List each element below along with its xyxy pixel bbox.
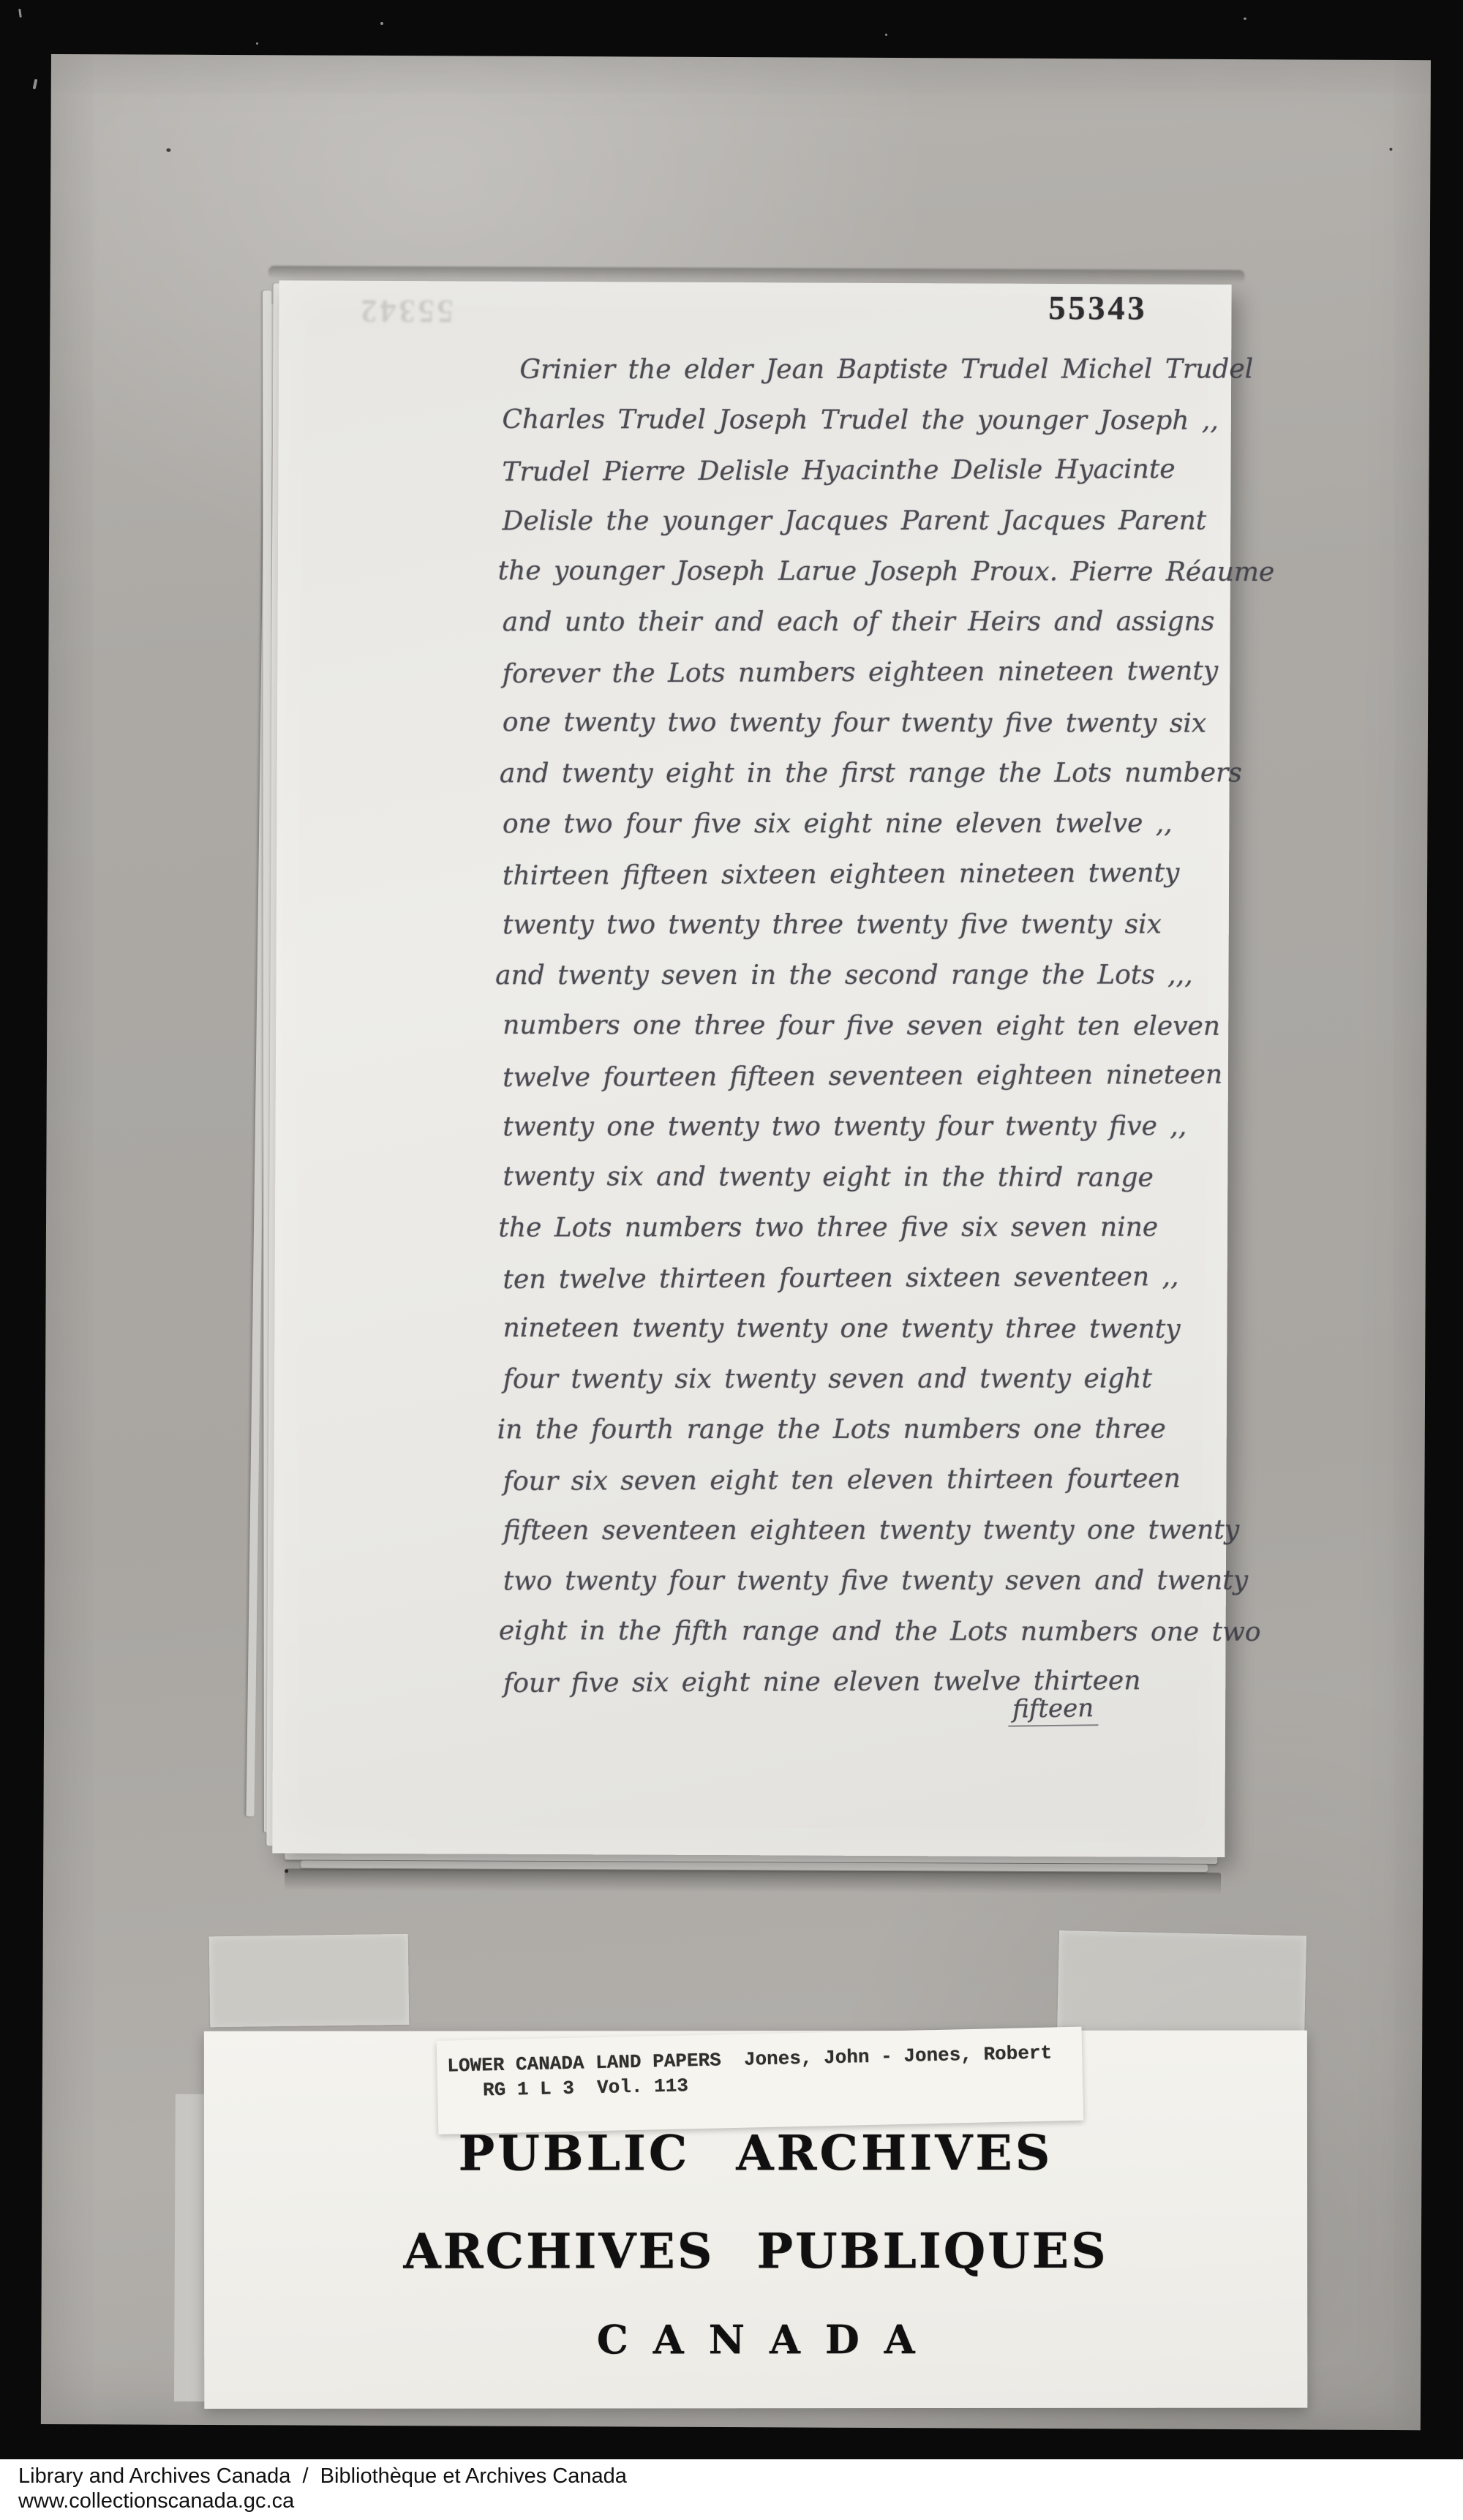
card-title-french: ARCHIVES PUBLIQUES [204, 2222, 1307, 2280]
manuscript-text: Grinier the elder Jean Baptiste Trudel M… [502, 344, 1231, 1707]
manuscript-line: fifteen seventeen eighteen twenty twenty… [503, 1505, 1231, 1556]
manuscript-line: one twenty two twenty four twenty five t… [503, 697, 1230, 749]
manuscript-line: Grinier the elder Jean Baptiste Trudel M… [519, 344, 1230, 395]
dust-speck [1389, 148, 1392, 151]
photographed-page-background: 55342 55343 Grinier the elder Jean Bapti… [41, 54, 1431, 2430]
manuscript-line: Charles Trudel Joseph Trudel the younger… [502, 394, 1230, 446]
manuscript-line: the younger Joseph Larue Joseph Proux. P… [498, 546, 1230, 598]
manuscript-line: eight in the fifth range and the Lots nu… [499, 1606, 1231, 1658]
card-title-english: PUBLIC ARCHIVES [204, 2124, 1307, 2182]
institution-name: Library and Archives Canada / Bibliothèq… [18, 2464, 1463, 2489]
manuscript-line: forever the Lots numbers eighteen ninete… [503, 646, 1230, 699]
manuscript-line: Trudel Pierre Delisle Hyacinthe Delisle … [502, 444, 1230, 497]
manuscript-line: in the fourth range the Lots numbers one… [497, 1404, 1231, 1455]
manuscript-line: four five six eight nine eleven twelve t… [503, 1655, 1231, 1709]
manuscript-line: two twenty four twenty five twenty seven… [503, 1555, 1231, 1606]
institution-url: www.collectionscanada.gc.ca [18, 2489, 1463, 2513]
manuscript-line: one two four five six eight nine eleven … [503, 798, 1230, 849]
attribution-footer: Library and Archives Canada / Bibliothèq… [0, 2459, 1463, 2520]
dust-speck [18, 9, 22, 18]
scanned-archive-document: 55342 55343 Grinier the elder Jean Bapti… [0, 0, 1463, 2520]
manuscript-line: twenty one twenty two twenty four twenty… [503, 1101, 1230, 1152]
manuscript-line: twelve fourteen fifteen seventeen eighte… [503, 1050, 1230, 1103]
tape-piece [209, 1934, 410, 2028]
manuscript-line: Delisle the younger Jacques Parent Jacqu… [503, 495, 1230, 546]
dust-speck [885, 34, 887, 36]
dust-speck [1244, 18, 1246, 20]
card-title-country: CANADA [204, 2316, 1307, 2363]
tape-piece [1057, 1930, 1306, 2044]
manuscript-line: and unto their and each of their Heirs a… [503, 596, 1230, 647]
dust-speck [256, 42, 258, 45]
manuscript-line: numbers one three four five seven eight … [503, 1000, 1230, 1052]
manuscript-line: four twenty six twenty seven and twenty … [503, 1353, 1231, 1404]
dust-speck [380, 22, 383, 25]
page-number-stamp: 55343 [1048, 288, 1147, 328]
manuscript-line: thirteen fifteen sixteen eighteen ninete… [503, 848, 1230, 901]
dust-speck [166, 148, 170, 152]
manuscript-line: twenty two twenty three twenty five twen… [503, 899, 1230, 950]
manuscript-line: twenty six and twenty eight in the third… [503, 1151, 1230, 1203]
typed-reference-label: LOWER CANADA LAND PAPERS Jones, John - J… [437, 2027, 1084, 2135]
manuscript-page: 55342 55343 Grinier the elder Jean Bapti… [272, 280, 1231, 1857]
dust-speck [33, 79, 38, 90]
manuscript-line: the Lots numbers two three five six seve… [498, 1202, 1230, 1253]
catchword: fifteen [1008, 1693, 1099, 1727]
manuscript-line: ten twelve thirteen fourteen sixteen sev… [503, 1252, 1230, 1305]
manuscript-line: four six seven eight ten eleven thirteen… [503, 1453, 1231, 1507]
page-bottom-shadow [285, 1868, 1221, 1895]
manuscript-line: and twenty seven in the second range the… [495, 949, 1230, 1001]
bleedthrough-number: 55342 [358, 293, 453, 331]
manuscript-line: and twenty eight in the first range the … [500, 748, 1230, 799]
manuscript-line: nineteen twenty twenty one twenty three … [503, 1303, 1231, 1355]
